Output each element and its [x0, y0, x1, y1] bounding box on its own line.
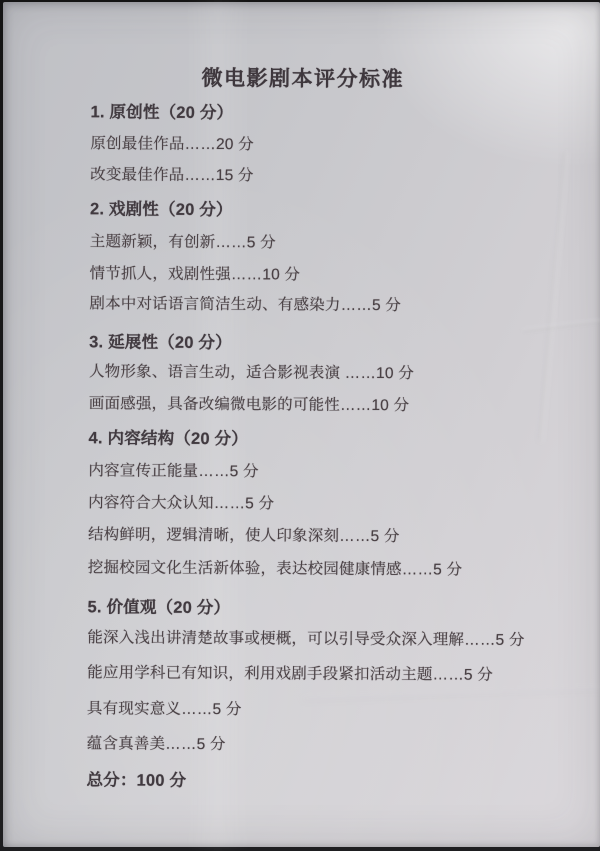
score-line: 内容宣传正能量……5 分	[88, 461, 258, 481]
section-heading-4: 4. 内容结构（20 分）	[89, 428, 249, 450]
section-heading-1: 1. 原创性（20 分）	[91, 102, 234, 123]
score-line: 内容符合大众认知……5 分	[88, 493, 274, 514]
document-title: 微电影剧本评分标准	[3, 65, 600, 95]
total-score-line: 总分：100 分	[86, 770, 186, 791]
section-heading-5: 5. 价值观（20 分）	[87, 597, 230, 618]
score-line: 蕴含真善美……5 分	[87, 734, 226, 754]
score-line: 原创最佳作品……20 分	[90, 134, 254, 154]
section-heading-2: 2. 戏剧性（20 分）	[90, 199, 233, 220]
score-line: 人物形象、语言生动，适合影视表演 ……10 分	[89, 362, 414, 383]
score-line: 情节抓人，戏剧性强……10 分	[90, 264, 301, 285]
score-line: 画面感强，具备改编微电影的可能性……10 分	[89, 394, 410, 415]
photo-background: 微电影剧本评分标准 1. 原创性（20 分） 原创最佳作品……20 分 改变最佳…	[0, 0, 600, 851]
score-line: 能深入浅出讲清楚故事或梗概，可以引导受众深入理解……5 分	[87, 628, 524, 650]
score-line: 能应用学科已有知识，利用戏剧手段紧扣活动主题……5 分	[87, 663, 493, 685]
score-line: 具有现实意义……5 分	[87, 699, 242, 719]
score-line: 主题新颖，有创新……5 分	[90, 232, 276, 253]
section-heading-3: 3. 延展性（20 分）	[89, 332, 232, 353]
score-line: 挖掘校园文化生活新体验，表达校园健康情感……5 分	[88, 558, 463, 580]
score-line: 改变最佳作品……15 分	[90, 165, 254, 185]
score-line: 结构鲜明，逻辑清晰，使人印象深刻……5 分	[88, 525, 400, 546]
paper-sheet: 微电影剧本评分标准 1. 原创性（20 分） 原创最佳作品……20 分 改变最佳…	[3, 2, 600, 847]
document-text: 微电影剧本评分标准 1. 原创性（20 分） 原创最佳作品……20 分 改变最佳…	[0, 2, 600, 851]
score-line: 剧本中对话语言简洁生动、有感染力……5 分	[89, 294, 401, 315]
